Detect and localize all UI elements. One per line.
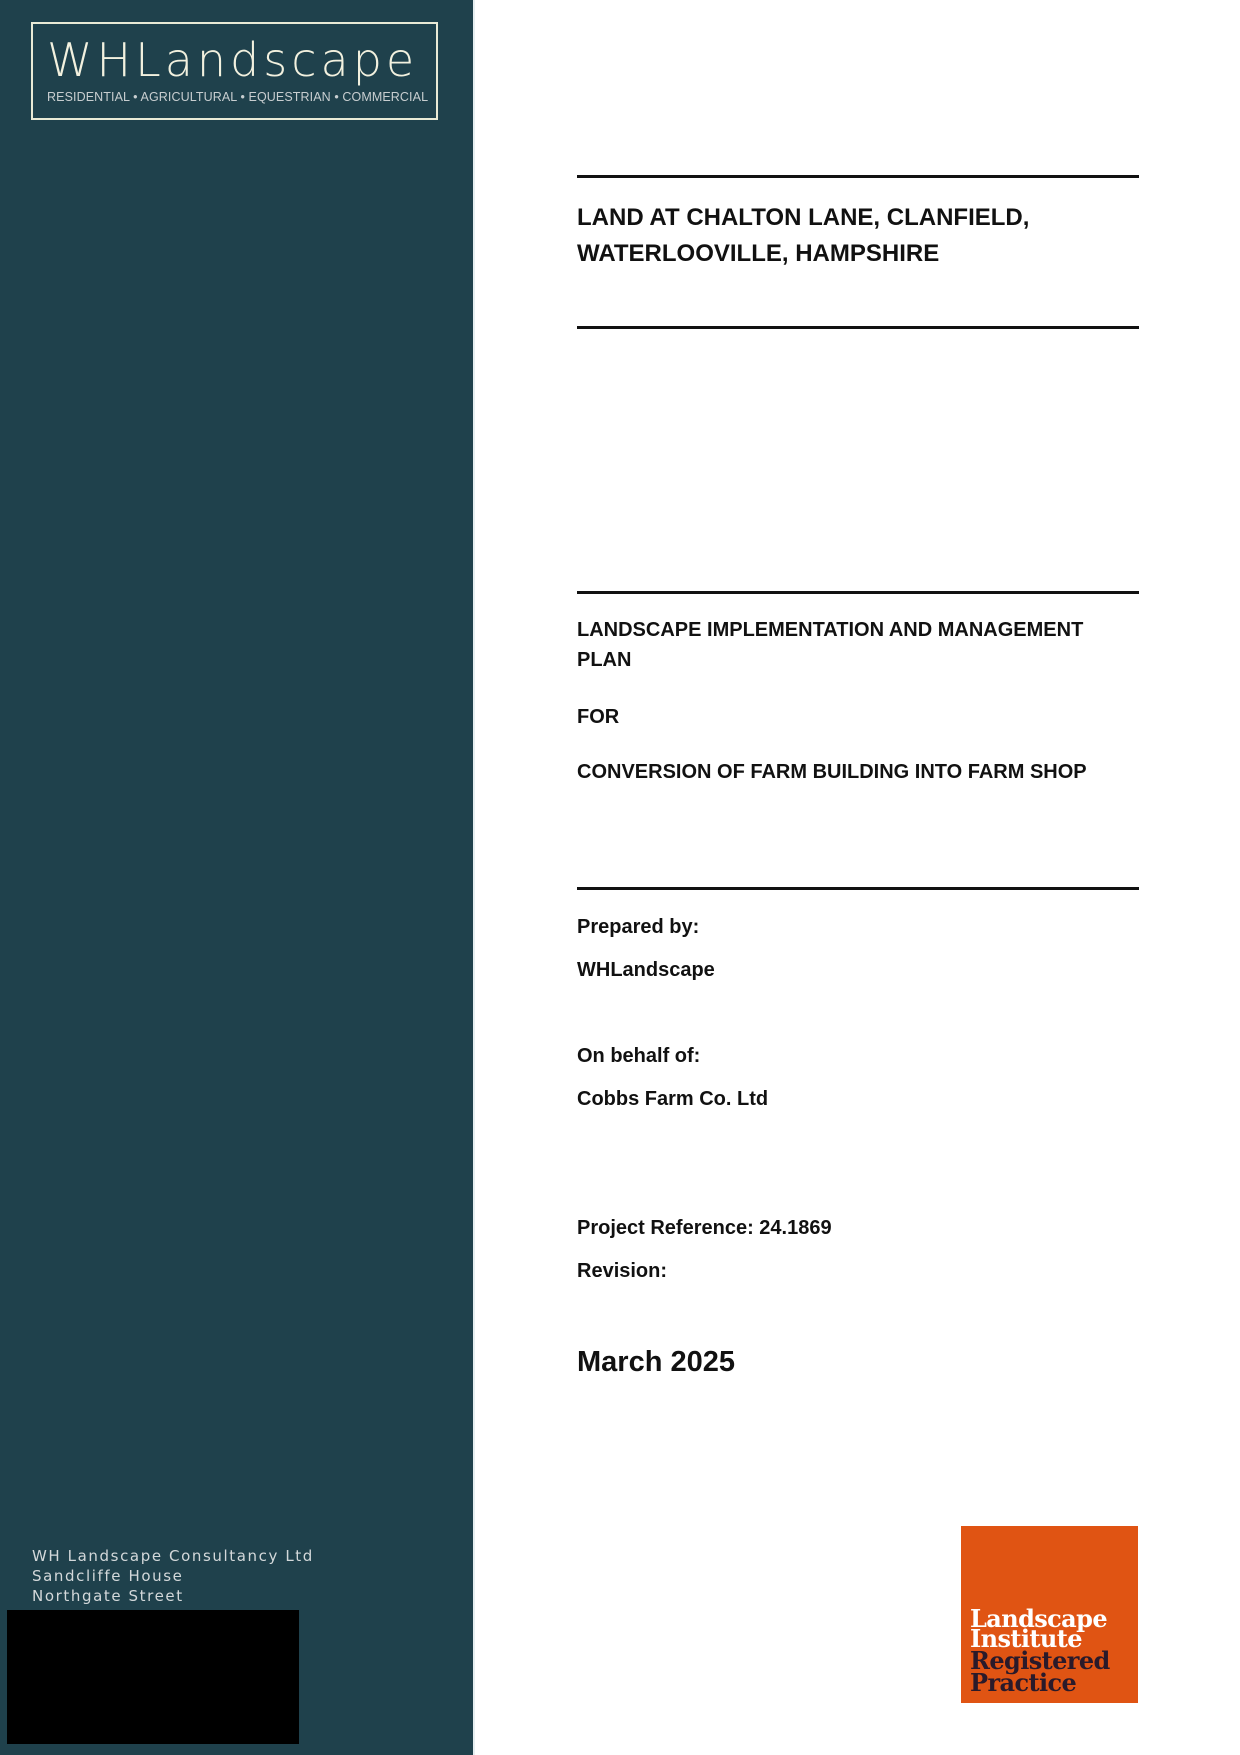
divider-rule	[577, 887, 1139, 890]
revision-label: Revision:	[577, 1257, 1157, 1285]
site-title-line-1: LAND AT CHALTON LANE, CLANFIELD,	[577, 200, 1157, 236]
project-reference: Project Reference: 24.1869	[577, 1214, 1157, 1242]
logo-tagline: RESIDENTIAL • AGRICULTURAL • EQUESTRIAN …	[47, 90, 427, 104]
report-title-line-1: LANDSCAPE IMPLEMENTATION AND MANAGEMENT	[577, 615, 1157, 645]
for-label: FOR	[577, 702, 1157, 732]
divider-rule	[577, 326, 1139, 329]
company-logo: WHLandscape RESIDENTIAL • AGRICULTURAL •…	[31, 22, 438, 120]
prepared-by-value: WHLandscape	[577, 956, 1157, 984]
divider-rule	[577, 591, 1139, 594]
on-behalf-label: On behalf of:	[577, 1042, 1157, 1070]
report-title-line-2: PLAN	[577, 645, 1157, 675]
site-title: LAND AT CHALTON LANE, CLANFIELD, WATERLO…	[577, 200, 1157, 272]
address-line-3: Northgate Street	[32, 1586, 314, 1606]
logo-wordmark: WHLandscape	[47, 32, 427, 88]
site-title-line-2: WATERLOOVILLE, HAMPSHIRE	[577, 236, 1157, 272]
landscape-institute-badge: Landscape Institute Registered Practice	[961, 1526, 1138, 1703]
sidebar-panel: WHLandscape RESIDENTIAL • AGRICULTURAL •…	[0, 0, 473, 1755]
report-title: LANDSCAPE IMPLEMENTATION AND MANAGEMENT …	[577, 615, 1157, 675]
prepared-by-label: Prepared by:	[577, 913, 1157, 941]
address-line-1: WH Landscape Consultancy Ltd	[32, 1546, 314, 1566]
company-address: WH Landscape Consultancy Ltd Sandcliffe …	[32, 1546, 314, 1606]
sidebar-divider	[473, 0, 475, 1755]
project-description: CONVERSION OF FARM BUILDING INTO FARM SH…	[577, 757, 1157, 787]
redacted-block	[7, 1610, 299, 1744]
divider-rule	[577, 175, 1139, 178]
document-date: March 2025	[577, 1344, 1157, 1380]
address-line-2: Sandcliffe House	[32, 1566, 314, 1586]
badge-line-4: Practice	[970, 1672, 1076, 1694]
on-behalf-value: Cobbs Farm Co. Ltd	[577, 1085, 1157, 1113]
